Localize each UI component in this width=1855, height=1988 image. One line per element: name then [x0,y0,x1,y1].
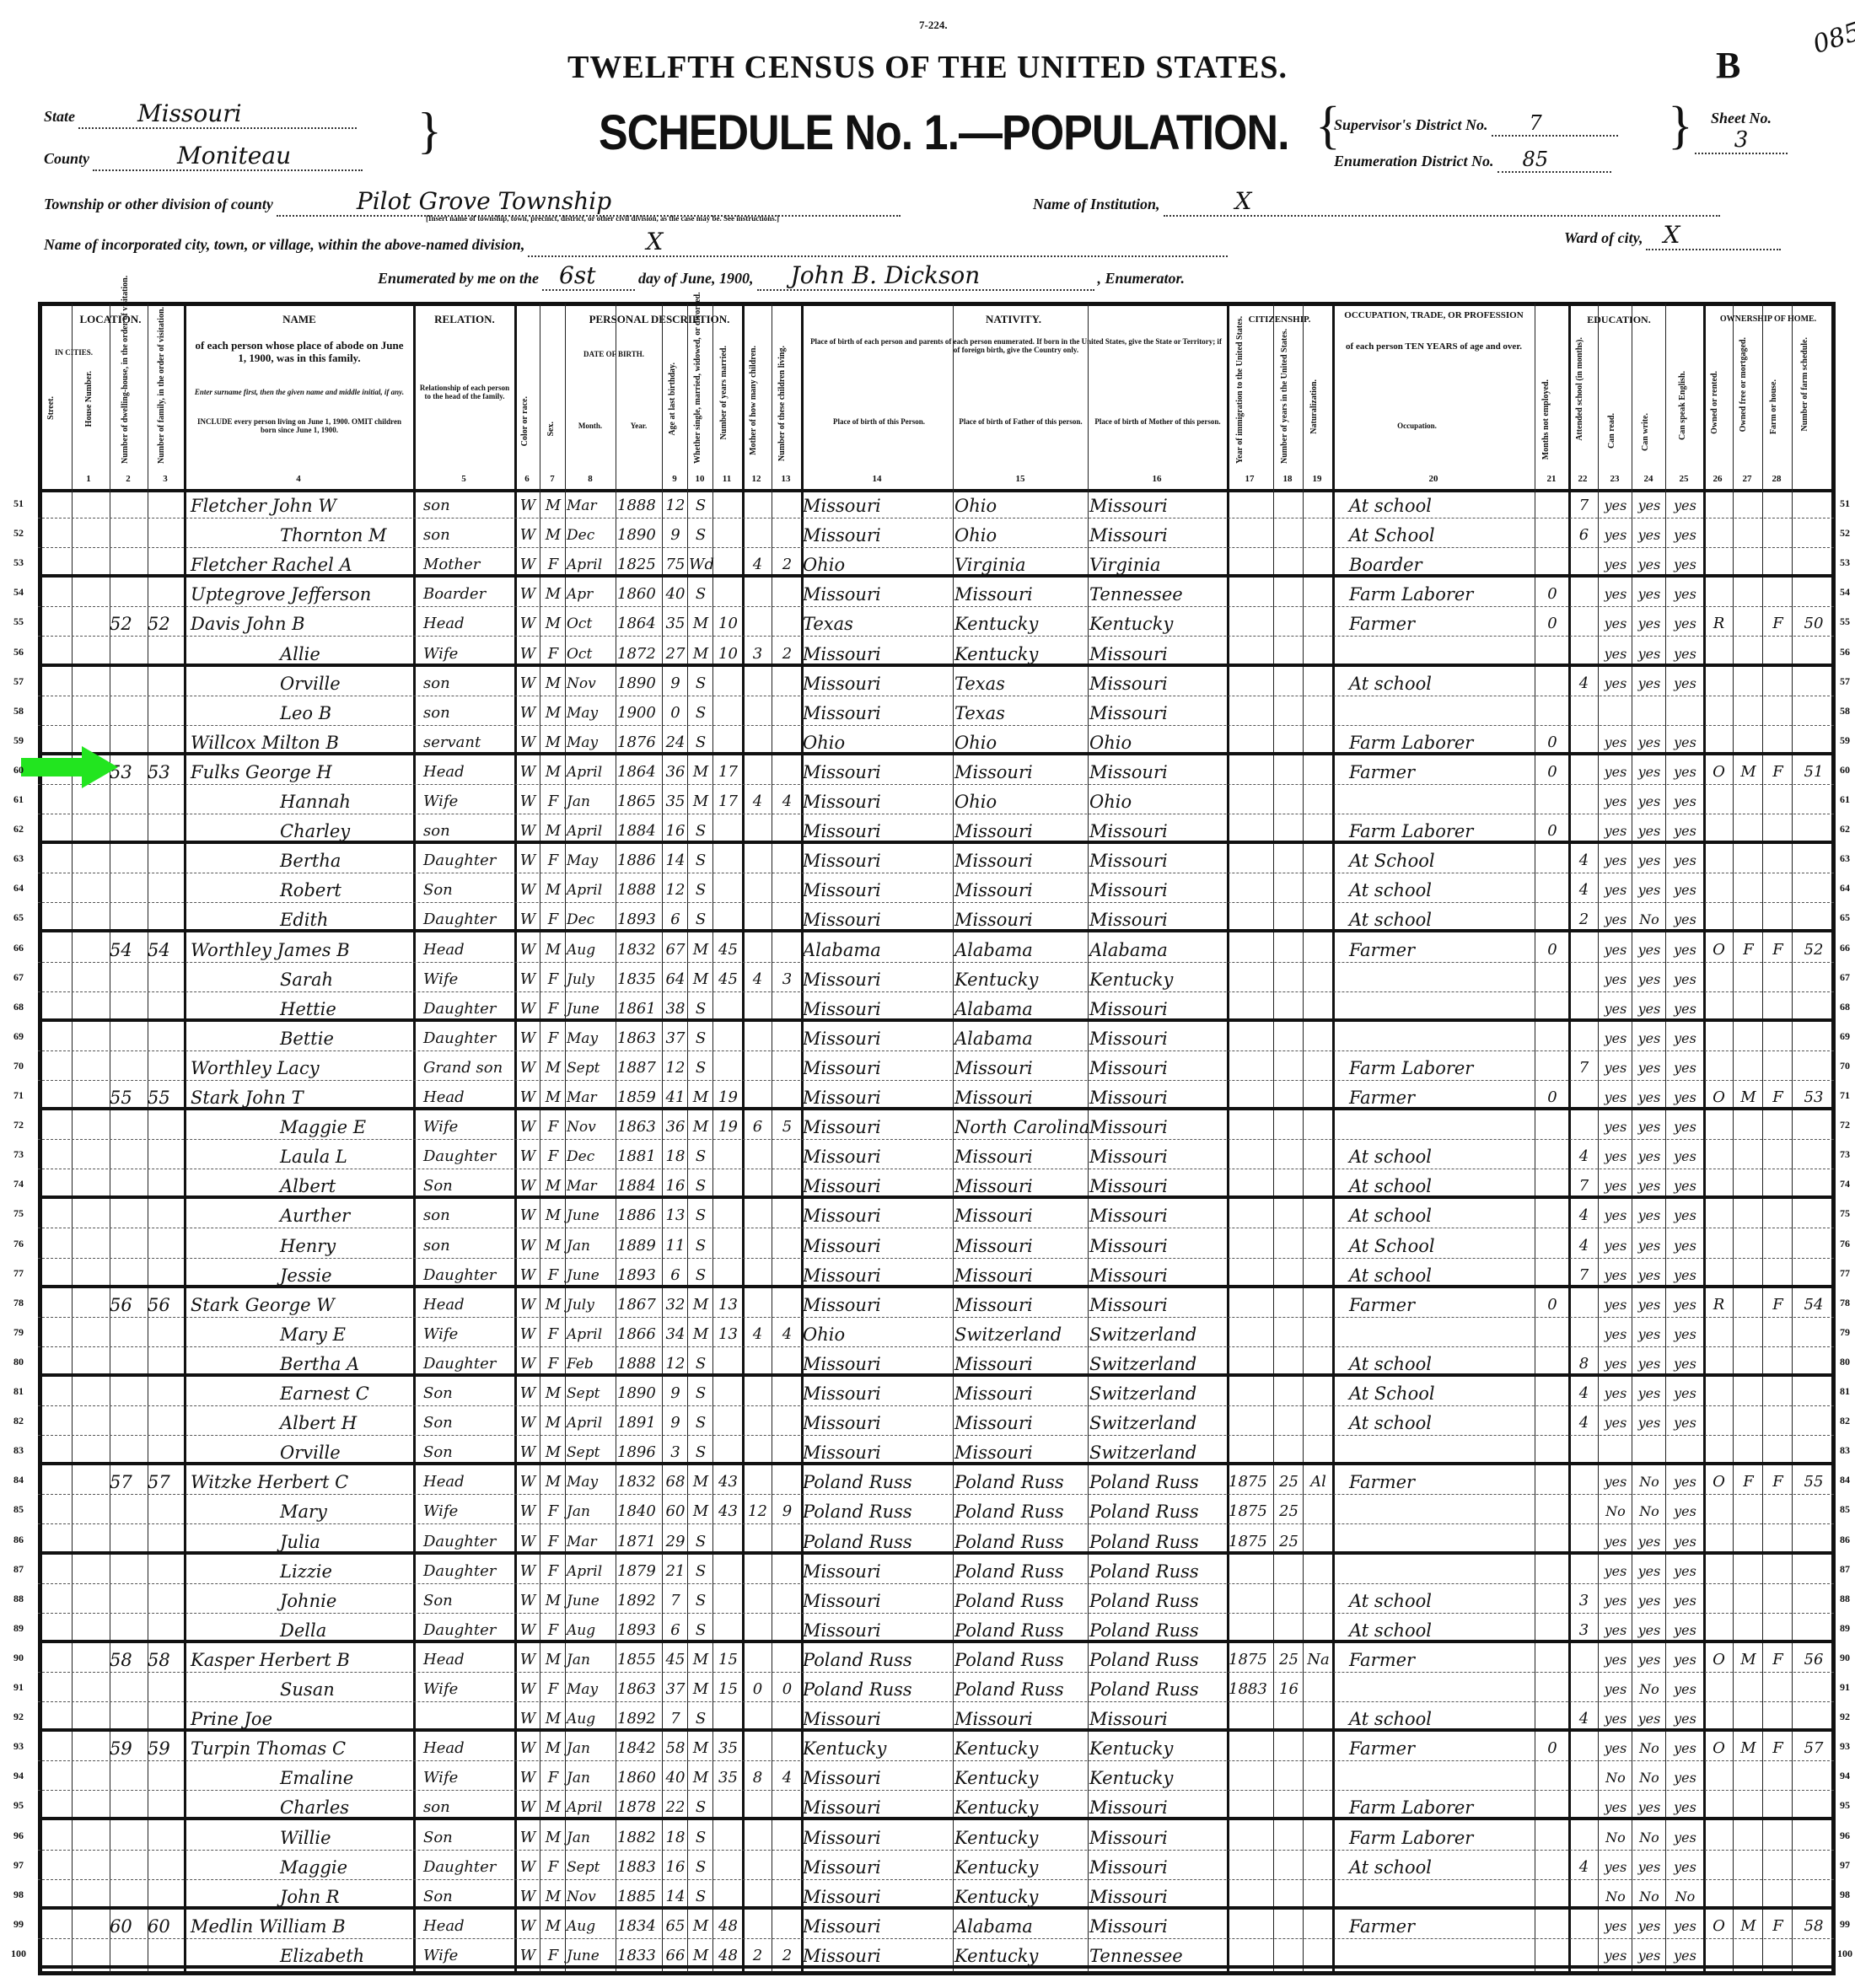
cell-unemp [1536,1465,1568,1495]
cell-rel: Head [417,755,521,785]
cell-mon: Sept [567,1051,616,1081]
cell-age: 9 [664,667,687,696]
cell-color: W [516,1022,540,1051]
line-number-left: 98 [2,1889,35,1901]
cell-sex: M [541,1199,565,1228]
cell-pob: Missouri [803,578,953,607]
cell-mon: Dec [567,518,616,548]
column-number: 27 [1739,474,1756,484]
cell-wr: yes [1633,1318,1665,1347]
cell-yr: 1892 [617,1584,662,1614]
cell-imm [1229,1022,1273,1051]
cell-pobm: Missouri [1089,696,1227,726]
cell-unemp [1536,1022,1568,1051]
cell-rel: Wife [417,637,521,667]
cell-en: yes [1667,1406,1703,1436]
cell-en: yes [1667,1791,1703,1820]
cell-fh [1764,814,1792,844]
cell-sch: 3 [1570,1584,1598,1614]
cell-pobm: Poland Russ [1089,1673,1227,1702]
cell-ym [714,992,742,1022]
cell-own [1705,548,1733,578]
cell-ym [714,903,742,932]
cell-color: W [516,1643,540,1673]
vh-mother-of: Mother of how many children. [749,346,758,455]
cell-fh [1764,1199,1792,1228]
cell-mon: Oct [567,637,616,667]
cell-yus [1275,578,1303,607]
table-row: 5454Worthley James BHeadWMAug183267M45Al… [38,933,1834,963]
cell-en: yes [1667,1318,1703,1347]
cell-own [1705,637,1733,667]
cell-mo [744,1436,772,1465]
cell-en [1667,1436,1703,1465]
cell-age: 12 [664,489,687,518]
relation-description: Relationship of each person to the head … [417,384,512,400]
cell-occ [1349,1939,1535,1969]
cell-li [773,1406,801,1436]
cell-sex: M [541,726,565,755]
cell-pobf: Kentucky [954,1880,1088,1910]
line-number-right: 83 [1828,1444,1855,1457]
cell-name: Stark George W [187,1288,417,1318]
cell-en: yes [1667,1229,1703,1259]
cell-mar: M [689,1761,712,1791]
cell-mar: S [689,903,712,932]
cell-ym: 19 [714,1110,742,1140]
cell-nat [1304,873,1332,903]
cell-nat [1304,1614,1332,1643]
cell-rd: yes [1600,518,1632,548]
cell-age: 75 [664,548,687,578]
cell-occ [1349,696,1535,726]
cell-age: 60 [664,1495,687,1524]
cell-sch [1570,933,1598,963]
cell-nat [1304,844,1332,873]
cell-fh [1764,1347,1792,1377]
line-number-left: 95 [2,1799,35,1812]
cell-wr: yes [1633,1939,1665,1969]
table-row: Thornton MsonWMDec18909SMissouriOhioMiss… [38,518,1834,548]
line-number-left: 65 [2,911,35,924]
cell-dw [110,578,148,607]
cell-yr: 1865 [617,785,662,814]
cell-ym: 17 [714,755,742,785]
cell-sch [1570,1555,1598,1584]
cell-sex: M [541,873,565,903]
cell-fh [1764,1791,1792,1820]
cell-fm [1734,1318,1762,1347]
cell-mar: S [689,1229,712,1259]
cell-own: O [1705,755,1733,785]
cell-pobf: Ohio [954,726,1088,755]
cell-imm [1229,933,1273,963]
cell-li: 4 [773,1318,801,1347]
cell-pob: Missouri [803,1229,953,1259]
cell-mar: M [689,1465,712,1495]
cell-fam [148,1880,184,1910]
cell-fh [1764,1584,1792,1614]
cell-wr: yes [1633,1081,1665,1110]
cell-fm [1734,578,1762,607]
cell-mo: 4 [744,963,772,992]
cell-en: yes [1667,578,1703,607]
cell-imm [1229,1406,1273,1436]
cell-rd: yes [1600,814,1632,844]
cell-li [773,518,801,548]
cell-sex: F [541,963,565,992]
cell-rd: yes [1600,1791,1632,1820]
cell-fh: F [1764,1081,1792,1110]
institution-label: Name of Institution, [1033,196,1160,212]
cell-sex: M [541,1880,565,1910]
cell-rd: yes [1600,578,1632,607]
cell-ym: 13 [714,1318,742,1347]
cell-imm: 1875 [1229,1643,1273,1673]
cell-pob: Missouri [803,1199,953,1228]
cell-imm [1229,814,1273,844]
cell-yus [1275,1377,1303,1406]
cell-fm [1734,607,1762,637]
cell-rel: Boarder [417,578,521,607]
cell-sch [1570,578,1598,607]
cell-dw [110,1406,148,1436]
cell-li [773,1377,801,1406]
cell-name: Witzke Herbert C [187,1465,417,1495]
cell-yus [1275,1732,1303,1761]
cell-yus [1275,1169,1303,1199]
cell-pob: Missouri [803,1851,953,1880]
cell-ym [714,814,742,844]
cell-fm: M [1734,1081,1762,1110]
cell-li: 5 [773,1110,801,1140]
line-number-left: 61 [2,793,35,806]
cell-sch: 8 [1570,1347,1598,1377]
line-number-left: 92 [2,1711,35,1723]
cell-imm [1229,1939,1273,1969]
cell-unemp [1536,1229,1568,1259]
column-number: 10 [691,474,708,484]
vh-naturalization: Naturalization. [1309,379,1319,434]
cell-own [1705,1406,1733,1436]
cell-nat [1304,1110,1332,1140]
cell-imm [1229,1702,1273,1732]
cell-occ: At school [1349,667,1535,696]
cell-yus [1275,1791,1303,1820]
cell-occ: Boarder [1349,548,1535,578]
cell-color: W [516,518,540,548]
cell-occ [1349,1880,1535,1910]
cell-nat [1304,963,1332,992]
cell-fh [1764,844,1792,873]
cell-ym [714,873,742,903]
cell-pobf: Poland Russ [954,1465,1088,1495]
cell-pob: Missouri [803,873,953,903]
cell-fh [1764,1406,1792,1436]
cell-occ [1349,963,1535,992]
cell-fm [1734,1673,1762,1702]
cell-wr: yes [1633,1377,1665,1406]
cell-rel: son [417,489,521,518]
column-number: 12 [748,474,765,484]
column-number: 26 [1709,474,1726,484]
cell-unemp [1536,1851,1568,1880]
cell-fm: M [1734,1643,1762,1673]
cell-ym: 45 [714,963,742,992]
cell-fm [1734,726,1762,755]
cell-mon: Jan [567,1821,616,1851]
cell-rd: yes [1600,1169,1632,1199]
cell-ym [714,1051,742,1081]
cell-imm: 1875 [1229,1525,1273,1555]
cell-age: 38 [664,992,687,1022]
cell-en: yes [1667,1702,1703,1732]
cell-ym: 13 [714,1288,742,1318]
cell-yr: 1859 [617,1081,662,1110]
table-row: SusanWifeWFMay186337M1500Poland RussPola… [38,1673,1834,1702]
cell-ym: 45 [714,933,742,963]
cell-mon: April [567,814,616,844]
cell-occ: At school [1349,1406,1535,1436]
cell-pob: Missouri [803,1880,953,1910]
cell-fam [148,1140,184,1169]
cell-fam [148,1821,184,1851]
cell-age: 37 [664,1022,687,1051]
cell-rel: Wife [417,1318,521,1347]
line-number-left: 94 [2,1770,35,1782]
cell-occ: At school [1349,1140,1535,1169]
cell-sex: M [541,1081,565,1110]
cell-wr: yes [1633,1288,1665,1318]
cell-rd: yes [1600,1051,1632,1081]
cell-color: W [516,903,540,932]
cell-fh: F [1764,1643,1792,1673]
cell-en: yes [1667,1347,1703,1377]
cell-rel: son [417,667,521,696]
cell-yus [1275,1140,1303,1169]
cell-dw [110,1821,148,1851]
cell-yus [1275,1939,1303,1969]
county-value: Moniteau [93,142,363,171]
cell-fm [1734,1702,1762,1732]
column-number: 20 [1425,474,1442,484]
cell-wr: yes [1633,1643,1665,1673]
line-number-right: 68 [1828,1001,1855,1013]
cell-li [773,1880,801,1910]
cell-name: Kasper Herbert B [187,1643,417,1673]
table-row: AllieWifeWFOct187227M1032MissouriKentuck… [38,637,1834,667]
name-description: of each person whose place of abode on J… [194,339,405,364]
cell-occ [1349,1761,1535,1791]
cell-age: 14 [664,844,687,873]
cell-pobf: Kentucky [954,637,1088,667]
month-heading: Month. [567,422,614,430]
cell-mon: June [567,1199,616,1228]
cell-occ: Farm Laborer [1349,1821,1535,1851]
cell-rel: Son [417,1377,521,1406]
cell-fam [148,1673,184,1702]
cell-fm [1734,1110,1762,1140]
occupation-description: of each person TEN YEARS of age and over… [1335,341,1533,352]
table-row: Willcox Milton BservantWMMay187624SOhioO… [38,726,1834,755]
cell-en: yes [1667,1051,1703,1081]
cell-sch [1570,1288,1598,1318]
cell-fh [1764,1761,1792,1791]
cell-imm [1229,667,1273,696]
cell-own [1705,1555,1733,1584]
cell-wr: yes [1633,1229,1665,1259]
cell-pobf: Missouri [954,844,1088,873]
column-number: 9 [666,474,683,484]
cell-yus: 25 [1275,1495,1303,1524]
cell-pob: Ohio [803,726,953,755]
cell-fm [1734,1377,1762,1406]
cell-sex: M [541,1643,565,1673]
cell-sch [1570,637,1598,667]
cell-own [1705,1702,1733,1732]
cell-color: W [516,814,540,844]
line-number-right: 81 [1828,1385,1855,1398]
cell-sch: 7 [1570,1169,1598,1199]
cell-mo [744,1643,772,1673]
cell-name: Stark John T [187,1081,417,1110]
cell-imm [1229,992,1273,1022]
cell-color: W [516,1584,540,1614]
cell-color: W [516,1939,540,1969]
cell-mo [744,903,772,932]
cell-occ: At school [1349,1851,1535,1880]
cell-fh: F [1764,755,1792,785]
vh-immigration: Year of immigration to the United States… [1235,346,1245,464]
line-number-right: 98 [1828,1889,1855,1901]
cell-imm [1229,518,1273,548]
cell-mar: S [689,1614,712,1643]
cell-fam [148,1525,184,1555]
cell-sex: M [541,578,565,607]
cell-sex: F [541,637,565,667]
column-number: 6 [519,474,535,484]
cell-rel: Daughter [417,1347,521,1377]
cell-fam: 58 [148,1643,184,1673]
cell-pobm: Missouri [1089,755,1227,785]
cell-imm [1229,1318,1273,1347]
cell-sch: 4 [1570,873,1598,903]
cell-rd: yes [1600,933,1632,963]
cell-dw [110,1436,148,1465]
cell-nat [1304,1081,1332,1110]
cell-nat [1304,1584,1332,1614]
cell-pobf: Alabama [954,1022,1088,1051]
line-number-left: 89 [2,1622,35,1635]
cell-wr: yes [1633,548,1665,578]
cell-yr: 1863 [617,1022,662,1051]
cell-imm [1229,1259,1273,1288]
cell-yr: 1888 [617,873,662,903]
cell-color: W [516,1406,540,1436]
cell-wr: yes [1633,1614,1665,1643]
cell-en: yes [1667,1259,1703,1288]
cell-pob: Missouri [803,1910,953,1939]
cell-pob: Poland Russ [803,1525,953,1555]
cell-rd: yes [1600,1702,1632,1732]
cell-dw: 57 [110,1465,148,1495]
cell-pobm: Missouri [1089,1140,1227,1169]
cell-mo [744,1051,772,1081]
cell-fh [1764,1169,1792,1199]
cell-fam: 59 [148,1732,184,1761]
cell-pob: Missouri [803,1140,953,1169]
cell-own [1705,1939,1733,1969]
table-row: AlbertSonWMMar188416SMissouriMissouriMis… [38,1169,1834,1199]
cell-fm [1734,785,1762,814]
cell-mar: M [689,1081,712,1110]
table-row: HannahWifeWFJan186535M1744MissouriOhioOh… [38,785,1834,814]
cell-wr: yes [1633,1791,1665,1820]
cell-mar: S [689,814,712,844]
cell-rel: Wife [417,1110,521,1140]
cell-imm [1229,1081,1273,1110]
cell-pob: Kentucky [803,1732,953,1761]
cell-ym [714,1377,742,1406]
cell-yr: 1842 [617,1732,662,1761]
cell-occ: At School [1349,844,1535,873]
vh-farm-schedule: Number of farm schedule. [1800,337,1809,431]
cell-pobm: Missouri [1089,518,1227,548]
cell-mon: April [567,1406,616,1436]
cell-mon: Mar [567,1169,616,1199]
cell-occ [1349,1673,1535,1702]
cell-fh [1764,1939,1792,1969]
cell-mon: Aug [567,1910,616,1939]
cell-sch: 4 [1570,1851,1598,1880]
cell-unemp [1536,1614,1568,1643]
cell-en: yes [1667,726,1703,755]
cell-yus [1275,1584,1303,1614]
cell-dw: 60 [110,1910,148,1939]
cell-mar: S [689,1377,712,1406]
cell-mo [744,1555,772,1584]
cell-mar: S [689,667,712,696]
cell-rel: Wife [417,1939,521,1969]
cell-own [1705,785,1733,814]
cell-li [773,992,801,1022]
cell-sch [1570,814,1598,844]
cell-occ [1349,992,1535,1022]
cell-li [773,1555,801,1584]
cell-pobm: Missouri [1089,1199,1227,1228]
cell-wr: yes [1633,1525,1665,1555]
cell-fh [1764,1140,1792,1169]
cell-pobf: Missouri [954,1259,1088,1288]
cell-yr: 1893 [617,1259,662,1288]
cell-mo [744,1584,772,1614]
cell-occ [1349,1318,1535,1347]
cell-fm [1734,1939,1762,1969]
cell-mar: S [689,1555,712,1584]
cell-dw: 54 [110,933,148,963]
cell-mon: Nov [567,667,616,696]
cell-dw [110,1110,148,1140]
line-number-right: 55 [1828,615,1855,628]
cell-en: yes [1667,637,1703,667]
cell-pobm: Missouri [1089,1880,1227,1910]
cell-mon: May [567,1673,616,1702]
cell-yr: 1876 [617,726,662,755]
vh-years-married: Number of years married. [719,346,729,439]
line-number-left: 78 [2,1297,35,1309]
cell-rel: son [417,518,521,548]
cell-age: 24 [664,726,687,755]
